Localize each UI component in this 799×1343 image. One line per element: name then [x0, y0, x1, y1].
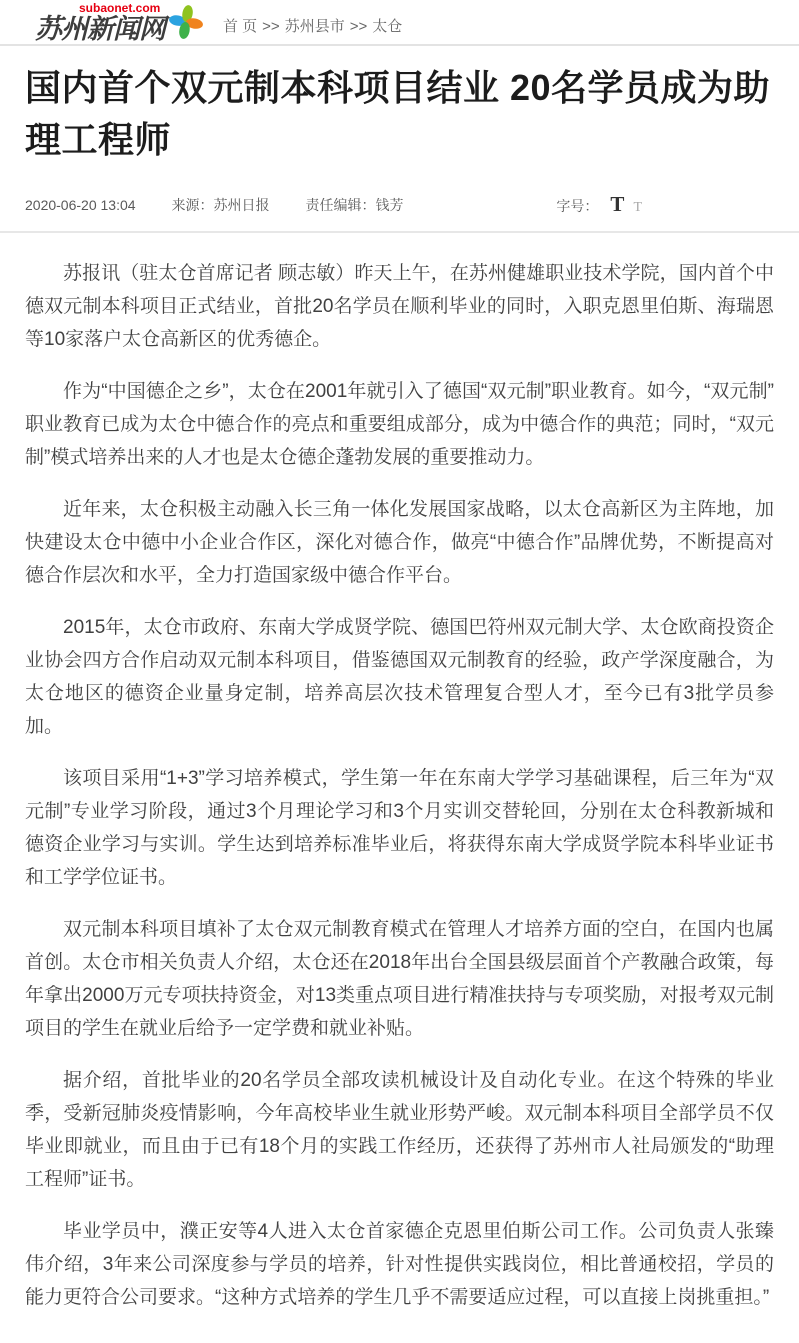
font-size-decrease-button[interactable]: T [633, 201, 642, 215]
article-paragraph: 近年来，太仓积极主动融入长三角一体化发展国家战略，以太仓高新区为主阵地，加快建设… [25, 493, 774, 592]
editor-label: 责任编辑： [306, 197, 376, 213]
article-paragraph: 毕业学员中，濮正安等4人进入太仓首家德企克恩里伯斯公司工作。公司负责人张臻伟介绍… [25, 1215, 774, 1314]
publish-date: 2020-06-20 13:04 [25, 197, 136, 213]
article-paragraph: 作为“中国德企之乡”，太仓在2001年就引入了德国“双元制”职业教育。如今，“双… [25, 375, 774, 474]
source-value: 苏州日报 [214, 197, 270, 213]
clover-logo-icon [167, 3, 205, 41]
article-paragraph: 苏报讯（驻太仓首席记者 顾志敏）昨天上午，在苏州健雄职业技术学院，国内首个中德双… [25, 257, 774, 356]
font-size-label: 字号： [556, 196, 598, 216]
article-body: 苏报讯（驻太仓首席记者 顾志敏）昨天上午，在苏州健雄职业技术学院，国内首个中德双… [0, 233, 799, 1343]
page: subaonet.com 苏州新闻网 首 页>>苏州县市>>太仓 国内首个双元制… [0, 0, 799, 1343]
source-label: 来源： [172, 197, 214, 213]
editor: 责任编辑：钱芳 [306, 195, 404, 215]
editor-value: 钱芳 [376, 197, 404, 213]
breadcrumb-item[interactable]: 苏州县市 [285, 18, 345, 35]
source: 来源：苏州日报 [172, 195, 270, 215]
site-logo[interactable]: subaonet.com 苏州新闻网 [35, 2, 207, 44]
article-meta-bar: 2020-06-20 13:04 来源：苏州日报 责任编辑：钱芳 字号： T T [25, 196, 774, 214]
article-title: 国内首个双元制本科项目结业 20名学员成为助理工程师 [25, 62, 774, 166]
breadcrumb-item[interactable]: 首 页 [223, 18, 257, 35]
article-paragraph: 2015年，太仓市政府、东南大学成贤学院、德国巴符州双元制大学、太仓欧商投资企业… [25, 611, 774, 743]
breadcrumb-item[interactable]: 太仓 [372, 18, 402, 35]
logo-site-name: 苏州新闻网 [35, 15, 165, 44]
breadcrumb-separator: >> [350, 18, 368, 35]
font-size-control: 字号： T T [556, 195, 642, 216]
breadcrumb-separator: >> [262, 18, 280, 35]
article-paragraph: 该项目采用“1+3”学习培养模式，学生第一年在东南大学学习基础课程，后三年为“双… [25, 762, 774, 894]
article-head: 国内首个双元制本科项目结业 20名学员成为助理工程师 2020-06-20 13… [0, 62, 799, 233]
article-paragraph: 据介绍，首批毕业的20名学员全部攻读机械设计及自动化专业。在这个特殊的毕业季，受… [25, 1064, 774, 1196]
font-size-increase-button[interactable]: T [610, 195, 624, 213]
site-header: subaonet.com 苏州新闻网 首 页>>苏州县市>>太仓 [0, 0, 799, 46]
article-paragraph: 双元制本科项目填补了太仓双元制教育模式在管理人才培养方面的空白，在国内也属首创。… [25, 913, 774, 1045]
breadcrumb: 首 页>>苏州县市>>太仓 [223, 15, 402, 44]
